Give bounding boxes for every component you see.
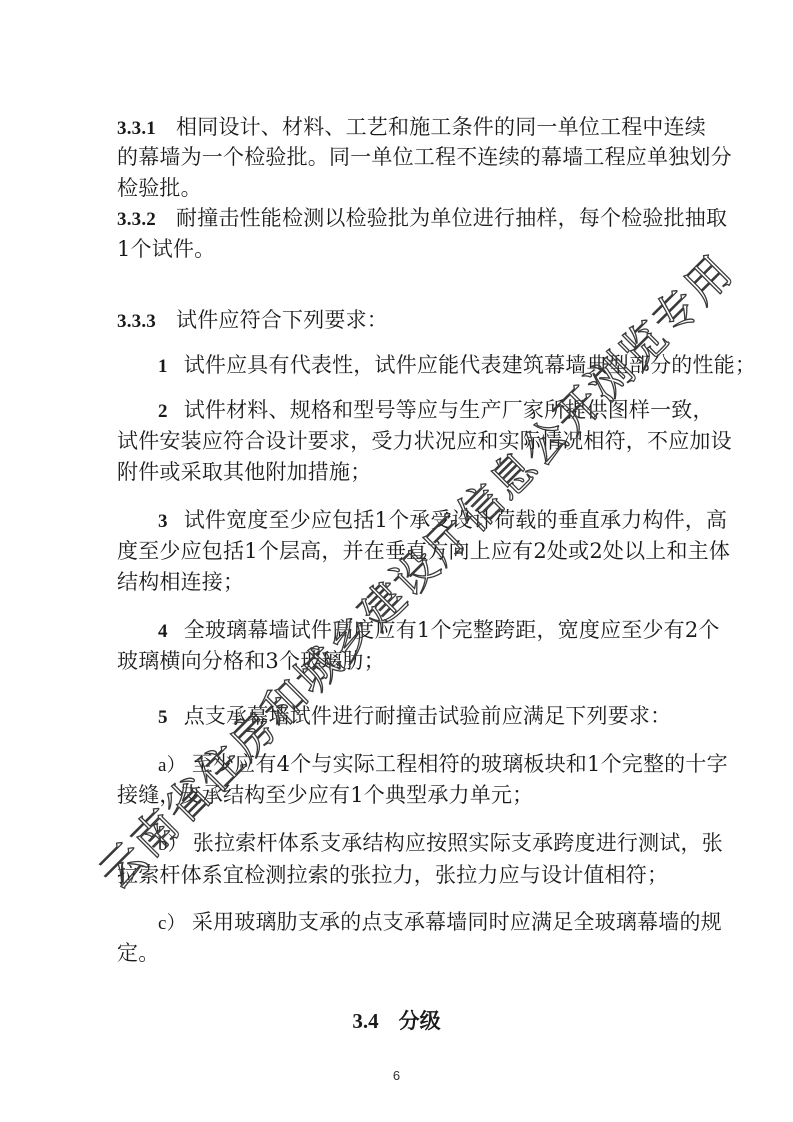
clause-number: 3.3.3 <box>117 311 156 332</box>
clause-3-3-2-line-1: 3.3.2耐撞击性能检测以检验批为单位进行抽样，每个检验批抽取 <box>117 205 727 231</box>
section-title: 分级 <box>399 1009 441 1033</box>
page-number: 6 <box>0 1068 793 1083</box>
section-heading-3-4: 3.4分级 <box>0 1008 793 1034</box>
item-number: 3 <box>158 511 168 532</box>
item-text: 试件宽度至少应包括1个承受设计荷载的垂直承力构件，高 <box>184 508 728 532</box>
item-text: 试件材料、规格和型号等应与生产厂家所提供图样一致， <box>184 398 714 422</box>
item-number: 1 <box>158 356 168 377</box>
clause-text: 相同设计、材料、工艺和施工条件的同一单位工程中连续 <box>176 115 706 139</box>
item-2-line-1: 2试件材料、规格和型号等应与生产厂家所提供图样一致， <box>158 397 714 423</box>
subitem-c-line-1: c）采用玻璃肋支承的点支承幕墙同时应满足全玻璃幕墙的规 <box>158 909 722 935</box>
document-page: 3.3.1相同设计、材料、工艺和施工条件的同一单位工程中连续 的幕墙为一个检验批… <box>0 0 793 1122</box>
item-1-line-1: 1试件应具有代表性，试件应能代表建筑幕墙典型部分的性能； <box>158 352 756 378</box>
item-text: 点支承幕墙试件进行耐撞击试验前应满足下列要求： <box>184 704 672 728</box>
item-4-line-2: 玻璃横向分格和3个玻璃肋； <box>117 648 385 674</box>
subitem-label: a） <box>158 755 186 776</box>
clause-number: 3.3.1 <box>117 118 156 139</box>
subitem-c-line-2: 定。 <box>117 940 159 966</box>
item-number: 2 <box>158 401 168 422</box>
subitem-text: 张拉索杆体系支承结构应按照实际支承跨度进行测试，张 <box>193 831 723 855</box>
item-text: 全玻璃幕墙试件高度应有1个完整跨距，宽度应至少有2个 <box>184 618 720 642</box>
item-text: 试件应具有代表性，试件应能代表建筑幕墙典型部分的性能； <box>184 353 756 377</box>
item-3-line-2: 度至少应包括1个层高，并在垂直方向上应有2处或2处以上和主体 <box>117 538 730 564</box>
clause-3-3-1-line-2: 的幕墙为一个检验批。同一单位工程不连续的幕墙工程应单独划分 <box>117 144 732 170</box>
subitem-text: 至少应有4个与实际工程相符的玻璃板块和1个完整的十字 <box>192 752 728 776</box>
subitem-a-line-2: 接缝，支承结构至少应有1个典型承力单元； <box>117 782 533 808</box>
clause-text: 耐撞击性能检测以检验批为单位进行抽样，每个检验批抽取 <box>176 206 727 230</box>
section-number: 3.4 <box>352 1009 378 1033</box>
subitem-label: b） <box>158 834 187 855</box>
subitem-a-line-1: a）至少应有4个与实际工程相符的玻璃板块和1个完整的十字 <box>158 751 728 777</box>
subitem-label: c） <box>158 913 186 934</box>
clause-3-3-3-title: 3.3.3试件应符合下列要求： <box>117 307 388 333</box>
subitem-text: 采用玻璃肋支承的点支承幕墙同时应满足全玻璃幕墙的规 <box>192 910 722 934</box>
clause-number: 3.3.2 <box>117 209 156 230</box>
clause-3-3-1-line-3: 检验批。 <box>117 175 202 201</box>
item-3-line-1: 3试件宽度至少应包括1个承受设计荷载的垂直承力构件，高 <box>158 507 727 533</box>
item-5-line-1: 5点支承幕墙试件进行耐撞击试验前应满足下列要求： <box>158 703 671 729</box>
item-2-line-2: 试件安装应符合设计要求，受力状况应和实际情况相符，不应加设 <box>117 428 732 454</box>
clause-3-3-1-line-1: 3.3.1相同设计、材料、工艺和施工条件的同一单位工程中连续 <box>117 114 706 140</box>
clause-3-3-2-line-2: 1个试件。 <box>117 236 215 262</box>
item-number: 4 <box>158 621 168 642</box>
subitem-b-line-2: 拉索杆体系宜检测拉索的张拉力，张拉力应与设计值相符； <box>117 862 668 888</box>
subitem-b-line-1: b）张拉索杆体系支承结构应按照实际支承跨度进行测试，张 <box>158 830 723 856</box>
item-3-line-3: 结构相连接； <box>117 569 244 595</box>
item-number: 5 <box>158 707 168 728</box>
clause-text: 试件应符合下列要求： <box>176 308 388 332</box>
item-2-line-3: 附件或采取其他附加措施； <box>117 459 371 485</box>
item-4-line-1: 4全玻璃幕墙试件高度应有1个完整跨距，宽度应至少有2个 <box>158 617 720 643</box>
